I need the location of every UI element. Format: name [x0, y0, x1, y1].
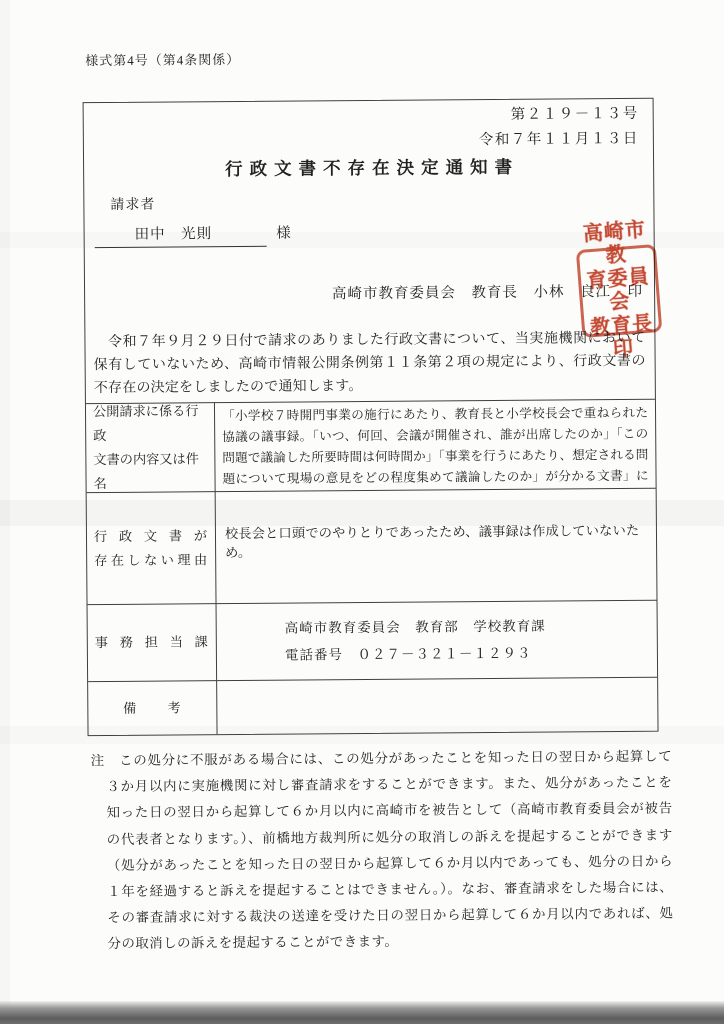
- document-frame: 第２１９－１３号 令和７年１１月１３日 行政文書不存在決定通知書 請求者 田中 …: [83, 98, 659, 736]
- seal-text-row: 高崎市教: [577, 218, 654, 270]
- document-number: 第２１９－１３号: [511, 102, 639, 124]
- requester-name-row: 田中 光則 様: [95, 220, 292, 249]
- label-line: 公開請求に係る行政: [93, 402, 206, 448]
- page-title: 行政文書不存在決定通知書: [84, 153, 653, 182]
- table-cell-request-content: 「小学校７時開門事業の施行にあたり、教育長と小学校長会で重ねられた協議の議事録。…: [214, 399, 656, 491]
- table-row-label-request-content: 公開請求に係る行政 文書の内容又は件名: [86, 402, 215, 492]
- label-line: 行 政 文 書 が: [94, 524, 207, 549]
- label-line: 文書の内容又は件名: [93, 447, 206, 492]
- scanner-edge-band: [0, 1001, 724, 1024]
- requester-label: 請求者: [110, 194, 155, 214]
- table-row-label-department: 事 務 担 当 課: [88, 603, 217, 681]
- official-red-seal: 高崎市教 育委員会 教育長印: [576, 244, 663, 338]
- details-table: 公開請求に係る行政 文書の内容又は件名 「小学校７時開門事業の施行にあたり、教育…: [86, 399, 658, 735]
- table-row-label-remarks: 備 考: [88, 680, 216, 735]
- appeal-instructions-note: 注 この処分に不服がある場合には、この処分があったことを知った日の翌日から起算し…: [91, 744, 674, 958]
- table-cell-remarks: [216, 677, 657, 734]
- table-cell-reason: 校長会と口頭でのやりとりであったため、議事録は作成していないため。: [215, 488, 657, 603]
- requester-name: 田中 光則: [95, 220, 267, 248]
- label-line: 事 務 担 当 課: [95, 630, 208, 655]
- table-cell-department: 高崎市教育委員会 教育部 学校教育課 電話番号 ０２７－３２１－１２９３: [216, 600, 658, 680]
- document-body: 様式第4号（第4条関係） 第２１９－１３号 令和７年１１月１３日 行政文書不存在…: [0, 0, 724, 1024]
- department-phone: 電話番号 ０２７－３２１－１２９３: [285, 639, 657, 669]
- reason-text: 校長会と口頭でのやりとりであったため、議事録は作成していないため。: [225, 520, 648, 561]
- label-line: 存 在 し な い 理 由: [94, 548, 207, 573]
- table-row-label-reason: 行 政 文 書 が 存 在 し な い 理 由: [87, 491, 216, 604]
- issuer-name: 高崎市教育委員会 教育長 小林 良江: [332, 284, 611, 302]
- seal-text-row: 育委員会: [580, 265, 657, 317]
- label-line: 備 考: [95, 696, 208, 721]
- department-name: 高崎市教育委員会 教育部 学校教育課: [285, 612, 657, 642]
- scanned-document-page: 様式第4号（第4条関係） 第２１９－１３号 令和７年１１月１３日 行政文書不存在…: [0, 0, 724, 1024]
- notification-body-paragraph: 令和７年９月２９日付で請求のありました行政文書について、当実施機関において保有し…: [93, 327, 646, 400]
- document-date: 令和７年１１月１３日: [479, 127, 639, 149]
- honorific-suffix: 様: [276, 222, 292, 243]
- form-number-label: 様式第4号（第4条関係）: [85, 49, 240, 69]
